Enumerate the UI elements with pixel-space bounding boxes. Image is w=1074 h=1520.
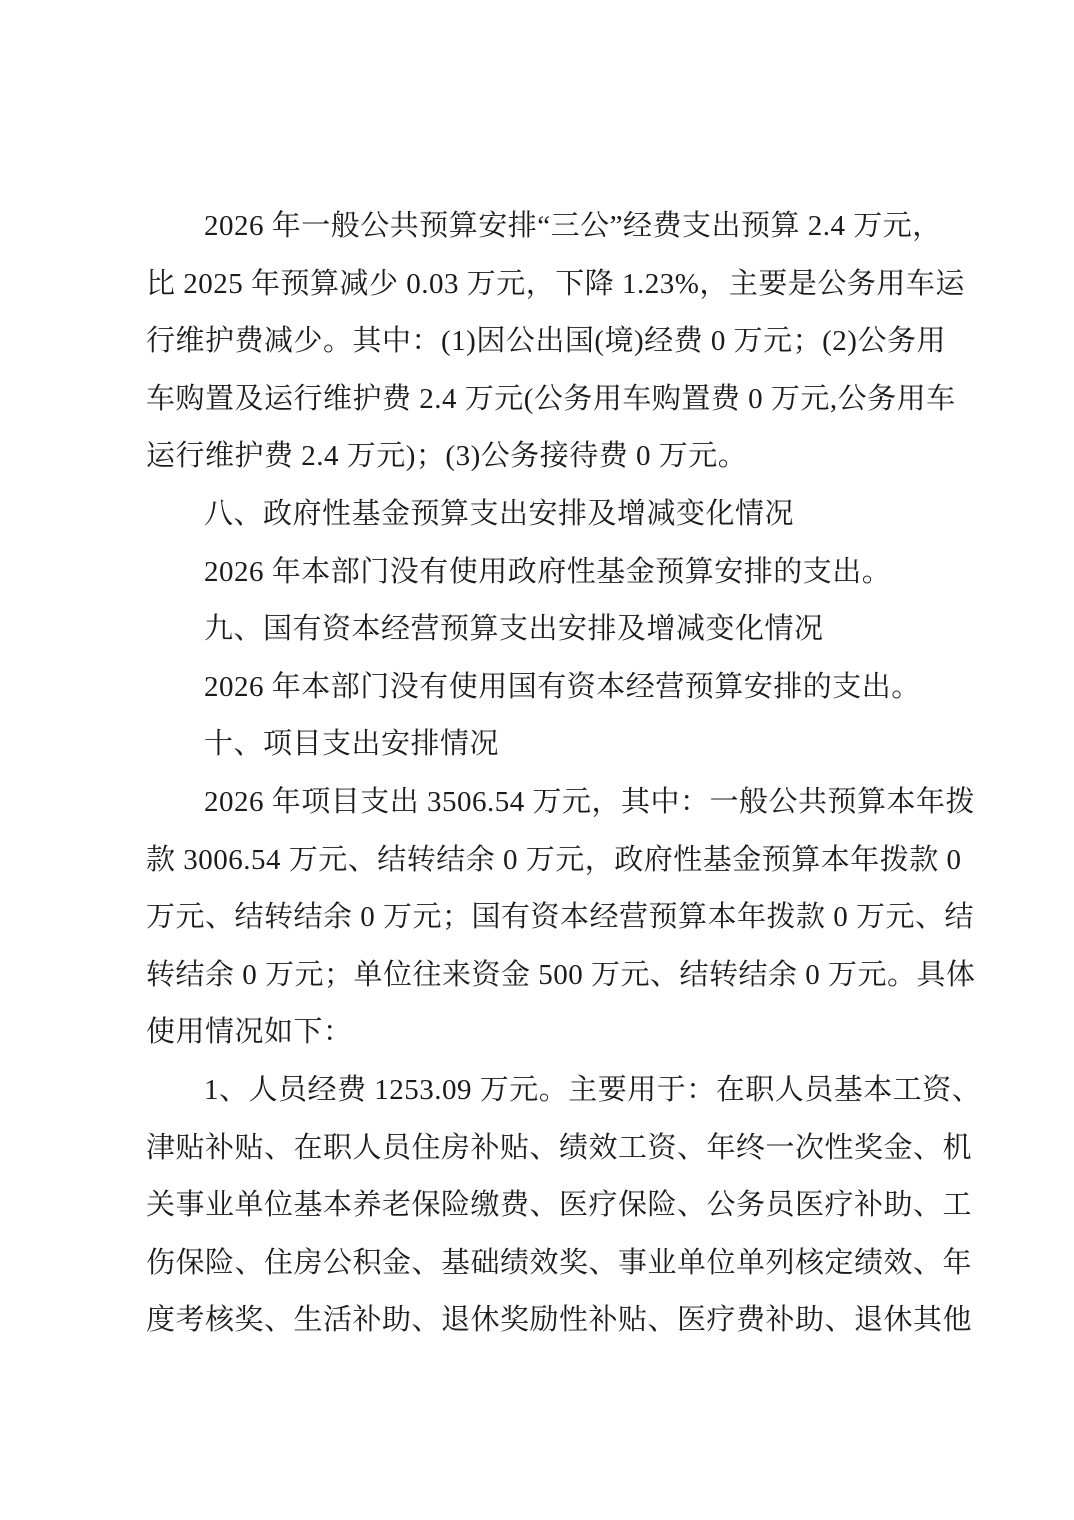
text-line: 2026 年项目支出 3506.54 万元，其中：一般公共预算本年拨: [146, 774, 946, 832]
text-line: 津贴补贴、在职人员住房补贴、绩效工资、年终一次性奖金、机: [146, 1120, 946, 1178]
text-line: 九、国有资本经营预算支出安排及增减变化情况: [146, 601, 946, 659]
document-page: 2026 年一般公共预算安排“三公”经费支出预算 2.4 万元，比 2025 年…: [0, 0, 1074, 1520]
paragraph: 2026 年项目支出 3506.54 万元，其中：一般公共预算本年拨款 3006…: [146, 774, 946, 1062]
text-line: 款 3006.54 万元、结转结余 0 万元，政府性基金预算本年拨款 0: [146, 832, 946, 890]
text-line: 运行维护费 2.4 万元)；(3)公务接待费 0 万元。: [146, 428, 946, 486]
text-line: 2026 年本部门没有使用国有资本经营预算安排的支出。: [146, 659, 946, 717]
paragraph: 2026 年本部门没有使用国有资本经营预算安排的支出。: [146, 659, 946, 717]
document-body: 2026 年一般公共预算安排“三公”经费支出预算 2.4 万元，比 2025 年…: [146, 198, 946, 1350]
paragraph: 八、政府性基金预算支出安排及增减变化情况: [146, 486, 946, 544]
text-line: 十、项目支出安排情况: [146, 716, 946, 774]
text-line: 关事业单位基本养老保险缴费、医疗保险、公务员医疗补助、工: [146, 1177, 946, 1235]
text-line: 2026 年本部门没有使用政府性基金预算安排的支出。: [146, 544, 946, 602]
text-line: 2026 年一般公共预算安排“三公”经费支出预算 2.4 万元，: [146, 198, 946, 256]
text-line: 1、人员经费 1253.09 万元。主要用于：在职人员基本工资、: [146, 1062, 946, 1120]
paragraph: 九、国有资本经营预算支出安排及增减变化情况: [146, 601, 946, 659]
text-line: 度考核奖、生活补助、退休奖励性补贴、医疗费补助、退休其他: [146, 1292, 946, 1350]
paragraph: 十、项目支出安排情况: [146, 716, 946, 774]
text-line: 行维护费减少。其中：(1)因公出国(境)经费 0 万元；(2)公务用: [146, 313, 946, 371]
text-line: 车购置及运行维护费 2.4 万元(公务用车购置费 0 万元,公务用车: [146, 371, 946, 429]
text-line: 八、政府性基金预算支出安排及增减变化情况: [146, 486, 946, 544]
text-line: 比 2025 年预算减少 0.03 万元，下降 1.23%，主要是公务用车运: [146, 256, 946, 314]
text-line: 转结余 0 万元；单位往来资金 500 万元、结转结余 0 万元。具体: [146, 947, 946, 1005]
paragraph: 2026 年本部门没有使用政府性基金预算安排的支出。: [146, 544, 946, 602]
text-line: 伤保险、住房公积金、基础绩效奖、事业单位单列核定绩效、年: [146, 1235, 946, 1293]
text-line: 使用情况如下：: [146, 1004, 946, 1062]
paragraph: 2026 年一般公共预算安排“三公”经费支出预算 2.4 万元，比 2025 年…: [146, 198, 946, 486]
paragraph: 1、人员经费 1253.09 万元。主要用于：在职人员基本工资、津贴补贴、在职人…: [146, 1062, 946, 1350]
text-line: 万元、结转结余 0 万元；国有资本经营预算本年拨款 0 万元、结: [146, 889, 946, 947]
